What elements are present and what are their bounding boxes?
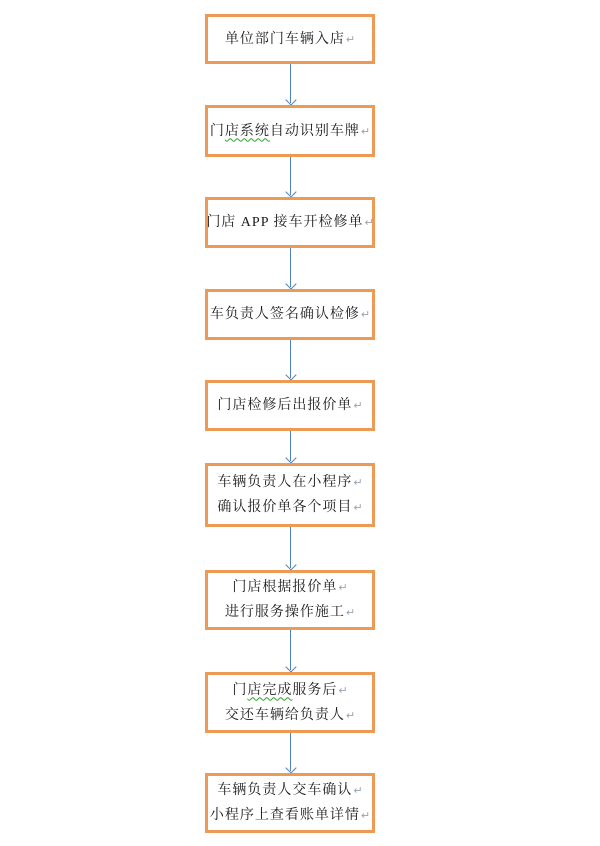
flow-connector-7	[284, 630, 297, 672]
flow-connector-3	[284, 248, 297, 289]
text-segment: 单位部门车辆入店	[225, 32, 345, 47]
flow-step-4: 车负责人签名确认检修↵	[205, 289, 375, 340]
text-segment-grammar-flagged: 店完成	[247, 683, 292, 698]
flow-step-6-text-line-2: 确认报价单各个项目↵	[217, 495, 362, 520]
flow-step-1-text: 单位部门车辆入店↵	[225, 27, 355, 52]
text-segment: 门店根据报价单	[232, 580, 337, 595]
text-segment: 车辆负责人在小程序	[217, 475, 352, 490]
text-segment: 门	[232, 683, 247, 698]
return-mark-icon: ↵	[361, 809, 370, 822]
document-page: 单位部门车辆入店↵ 门店系统自动识别车牌↵ 门店 APP 接车开检修单↵ 车负责…	[0, 0, 600, 846]
flow-step-1: 单位部门车辆入店↵	[205, 14, 375, 64]
arrow-head-icon	[285, 452, 296, 463]
return-mark-icon: ↵	[353, 476, 362, 489]
flow-step-8-text-line-1: 门店完成服务后↵	[232, 678, 347, 703]
text-segment: 交还车辆给负责人	[225, 708, 345, 723]
flow-step-7: 门店根据报价单↵ 进行服务操作施工↵	[205, 570, 375, 630]
flow-connector-4	[284, 340, 297, 380]
text-segment: 服务后	[292, 683, 337, 698]
return-mark-icon: ↵	[346, 709, 355, 722]
arrow-head-icon	[285, 369, 296, 380]
text-segment: 小程序上查看账单详情	[210, 808, 360, 823]
flow-connector-1	[284, 64, 297, 105]
return-mark-icon: ↵	[353, 501, 362, 514]
flow-step-8: 门店完成服务后↵ 交还车辆给负责人↵	[205, 672, 375, 733]
arrow-head-icon	[285, 94, 296, 105]
flow-step-8-text-line-2: 交还车辆给负责人↵	[225, 703, 355, 728]
text-segment-grammar-flagged: 店系统	[225, 124, 270, 139]
return-mark-icon: ↵	[338, 581, 347, 594]
text-segment: 进行服务操作施工	[225, 605, 345, 620]
return-mark-icon: ↵	[364, 216, 373, 229]
flow-step-5: 门店检修后出报价单↵	[205, 380, 375, 431]
arrow-head-icon	[285, 762, 296, 773]
return-mark-icon: ↵	[361, 308, 370, 321]
flow-step-7-text-line-1: 门店根据报价单↵	[232, 575, 347, 600]
return-mark-icon: ↵	[338, 684, 347, 697]
flow-connector-6	[284, 527, 297, 570]
flow-step-4-text: 车负责人签名确认检修↵	[210, 302, 370, 327]
arrow-head-icon	[285, 559, 296, 570]
text-segment: 自动识别车牌	[270, 124, 360, 139]
flow-step-3: 门店 APP 接车开检修单↵	[205, 197, 375, 248]
flow-step-7-text-line-2: 进行服务操作施工↵	[225, 600, 355, 625]
text-segment: 门店检修后出报价单	[217, 398, 352, 413]
text-segment: 车辆负责人交车确认	[217, 783, 352, 798]
return-mark-icon: ↵	[353, 784, 362, 797]
flow-connector-5	[284, 431, 297, 463]
flow-step-3-text: 门店 APP 接车开检修单↵	[206, 210, 373, 235]
flow-step-5-text: 门店检修后出报价单↵	[217, 393, 362, 418]
flow-step-9-text-line-2: 小程序上查看账单详情↵	[210, 803, 370, 828]
text-segment: 车负责人签名确认检修	[210, 307, 360, 322]
flow-step-9: 车辆负责人交车确认↵ 小程序上查看账单详情↵	[205, 773, 375, 833]
return-mark-icon: ↵	[346, 606, 355, 619]
text-segment: 确认报价单各个项目	[217, 500, 352, 515]
flow-connector-8	[284, 733, 297, 773]
flow-connector-2	[284, 157, 297, 197]
arrow-head-icon	[285, 661, 296, 672]
return-mark-icon: ↵	[353, 399, 362, 412]
flow-step-6-text-line-1: 车辆负责人在小程序↵	[217, 470, 362, 495]
text-segment: 门店 APP 接车开检修单	[206, 215, 363, 230]
flow-step-2: 门店系统自动识别车牌↵	[205, 105, 375, 157]
arrow-head-icon	[285, 278, 296, 289]
text-segment: 门	[210, 124, 225, 139]
flow-step-2-text: 门店系统自动识别车牌↵	[210, 119, 370, 144]
return-mark-icon: ↵	[361, 125, 370, 138]
return-mark-icon: ↵	[346, 33, 355, 46]
flow-step-6: 车辆负责人在小程序↵ 确认报价单各个项目↵	[205, 463, 375, 527]
arrow-head-icon	[285, 186, 296, 197]
flow-step-9-text-line-1: 车辆负责人交车确认↵	[217, 778, 362, 803]
